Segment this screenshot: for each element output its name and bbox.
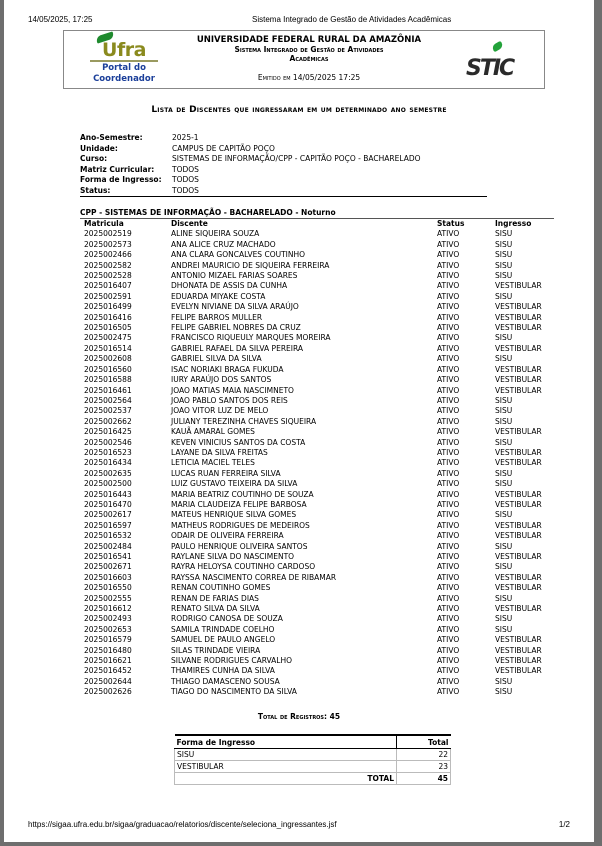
cell-matricula: 2025002626 — [80, 687, 167, 697]
table-row: 2025002591EDUARDA MIYAKE COSTAATIVOSISU — [80, 292, 554, 302]
cell-discente: JULIANY TEREZINHA CHAVES SIQUEIRA — [167, 417, 433, 427]
cell-status: ATIVO — [433, 427, 491, 437]
system-name-1: Sistema Integrado de Gestão de Atividade… — [184, 45, 434, 54]
cell-status: ATIVO — [433, 333, 491, 343]
cell-discente: SILAS TRINDADE VIEIRA — [167, 646, 433, 656]
cell-discente: SAMILA TRINDADE COELHO — [167, 625, 433, 635]
cell-status: ATIVO — [433, 406, 491, 416]
cell-status: ATIVO — [433, 562, 491, 572]
cell-ingresso: SISU — [491, 510, 554, 520]
cell-discente: LUCAS RUAN FERREIRA SILVA — [167, 469, 433, 479]
cell-ingresso: VESTIBULAR — [491, 552, 554, 562]
cell-discente: EDUARDA MIYAKE COSTA — [167, 292, 433, 302]
cell-discente: PAULO HENRIQUE OLIVEIRA SANTOS — [167, 542, 433, 552]
cell-matricula: 2025002591 — [80, 292, 167, 302]
cell-status: ATIVO — [433, 417, 491, 427]
cell-ingresso: VESTIBULAR — [491, 573, 554, 583]
cell-ingresso: VESTIBULAR — [491, 313, 554, 323]
cell-ingresso: VESTIBULAR — [491, 521, 554, 531]
cell-matricula: 2025016588 — [80, 375, 167, 385]
table-row: 2025002528ANTONIO MIZAEL FARIAS SOARESAT… — [80, 271, 554, 281]
column-header-matricula: Matricula — [80, 219, 167, 229]
page-url: https://sigaa.ufra.edu.br/sigaa/graduaca… — [28, 820, 337, 829]
table-row: 2025016579SAMUEL DE PAULO ANGELOATIVOVES… — [80, 635, 554, 645]
cell-discente: LAYANE DA SILVA FREITAS — [167, 448, 433, 458]
cell-ingresso: VESTIBULAR — [491, 365, 554, 375]
cell-ingresso: SISU — [491, 479, 554, 489]
table-row: 2025002626TIAGO DO NASCIMENTO DA SILVAAT… — [80, 687, 554, 697]
issued-date: Emitido em 14/05/2025 17:25 — [184, 73, 434, 82]
cell-status: ATIVO — [433, 583, 491, 593]
cell-ingresso: VESTIBULAR — [491, 458, 554, 468]
table-row: 2025016621SILVANE RODRIGUES CARVALHOATIV… — [80, 656, 554, 666]
cell-ingresso: SISU — [491, 333, 554, 343]
cell-matricula: 2025016603 — [80, 573, 167, 583]
cell-matricula: 2025016579 — [80, 635, 167, 645]
cell-matricula: 2025016452 — [80, 666, 167, 676]
summary-header-forma: Forma de Ingresso — [175, 735, 397, 749]
cell-discente: MARIA BEATRIZ COUTINHO DE SOUZA — [167, 490, 433, 500]
cell-ingresso: VESTIBULAR — [491, 635, 554, 645]
cell-discente: THAMIRES CUNHA DA SILVA — [167, 666, 433, 676]
cell-matricula: 2025016443 — [80, 490, 167, 500]
cell-discente: DHONATA DE ASSIS DA CUNHA — [167, 281, 433, 291]
table-row: 2025016505FELIPE GABRIEL NOBRES DA CRUZA… — [80, 323, 554, 333]
cell-matricula: 2025002500 — [80, 479, 167, 489]
table-row: 2025002617MATEUS HENRIQUE SILVA GOMESATI… — [80, 510, 554, 520]
cell-matricula: 2025002519 — [80, 229, 167, 239]
cell-matricula: 2025002564 — [80, 396, 167, 406]
column-header-discente: Discente — [167, 219, 433, 229]
cell-discente: ANA CLARA GONCALVES COUTINHO — [167, 250, 433, 260]
table-row: 2025016434LETICIA MACIEL TELESATIVOVESTI… — [80, 458, 554, 468]
cell-discente: FELIPE BARROS MULLER — [167, 313, 433, 323]
cell-ingresso: VESTIBULAR — [491, 531, 554, 541]
cell-matricula: 2025002528 — [80, 271, 167, 281]
cell-matricula: 2025016597 — [80, 521, 167, 531]
table-row: 2025002671RAYRA HELOYSA COUTINHO CARDOSO… — [80, 562, 554, 572]
table-row: 2025016588IURY ARAÚJO DOS SANTOSATIVOVES… — [80, 375, 554, 385]
cell-ingresso: VESTIBULAR — [491, 646, 554, 656]
cell-discente: RENATO SILVA DA SILVA — [167, 604, 433, 614]
table-row: 2025002537JOAO VITOR LUZ DE MELOATIVOSIS… — [80, 406, 554, 416]
report-banner: Ufra Portal do Coordenador UNIVERSIDADE … — [63, 30, 545, 89]
cell-ingresso: SISU — [491, 229, 554, 239]
cell-matricula: 2025002617 — [80, 510, 167, 520]
table-row: 2025016452THAMIRES CUNHA DA SILVAATIVOVE… — [80, 666, 554, 676]
cell-status: ATIVO — [433, 229, 491, 239]
table-row: 2025016470MARIA CLAUDEIZA FELIPE BARBOSA… — [80, 500, 554, 510]
cell-ingresso: SISU — [491, 562, 554, 572]
cell-status: ATIVO — [433, 656, 491, 666]
cell-status: ATIVO — [433, 458, 491, 468]
table-row: 2025016550RENAN COUTINHO GOMESATIVOVESTI… — [80, 583, 554, 593]
cell-ingresso: VESTIBULAR — [491, 583, 554, 593]
cell-discente: KEVEN VINICIUS SANTOS DA COSTA — [167, 438, 433, 448]
param-row: Unidade:CAMPUS DE CAPITÃO POÇO — [80, 144, 486, 155]
cell-ingresso: SISU — [491, 271, 554, 281]
param-row: Curso:SISTEMAS DE INFORMAÇÃO/CPP - CAPIT… — [80, 154, 486, 165]
cell-status: ATIVO — [433, 396, 491, 406]
cell-discente: ANTONIO MIZAEL FARIAS SOARES — [167, 271, 433, 281]
summary-row: SISU 22 — [175, 749, 451, 761]
cell-status: ATIVO — [433, 646, 491, 656]
ufra-logo: Ufra Portal do Coordenador — [84, 35, 164, 87]
cell-matricula: 2025016612 — [80, 604, 167, 614]
cell-status: ATIVO — [433, 521, 491, 531]
cell-ingresso: SISU — [491, 396, 554, 406]
cell-status: ATIVO — [433, 479, 491, 489]
cell-status: ATIVO — [433, 365, 491, 375]
cell-ingresso: VESTIBULAR — [491, 344, 554, 354]
cell-discente: ISAC NORIAKI BRAGA FUKUDA — [167, 365, 433, 375]
cell-ingresso: SISU — [491, 438, 554, 448]
cell-matricula: 2025002671 — [80, 562, 167, 572]
cell-matricula: 2025002475 — [80, 333, 167, 343]
cell-discente: ALINE SIQUEIRA SOUZA — [167, 229, 433, 239]
param-row: Matriz Curricular:TODOS — [80, 165, 486, 176]
cell-ingresso: SISU — [491, 406, 554, 416]
cell-ingresso: VESTIBULAR — [491, 375, 554, 385]
cell-matricula: 2025002546 — [80, 438, 167, 448]
cell-status: ATIVO — [433, 240, 491, 250]
cell-ingresso: VESTIBULAR — [491, 386, 554, 396]
cell-discente: JOAO MATIAS MAIA NASCIMNETO — [167, 386, 433, 396]
cell-discente: FRANCISCO RIQUEULY MARQUES MOREIRA — [167, 333, 433, 343]
cell-discente: EVELYN NIVIANE DA SILVA ARAÚJO — [167, 302, 433, 312]
cell-discente: RODRIGO CANOSA DE SOUZA — [167, 614, 433, 624]
summary-table: Forma de Ingresso Total SISU 22 VESTIBUL… — [174, 734, 451, 785]
cell-ingresso: SISU — [491, 292, 554, 302]
cell-matricula: 2025016461 — [80, 386, 167, 396]
cell-discente: SAMUEL DE PAULO ANGELO — [167, 635, 433, 645]
report-page: 14/05/2025, 17:25 Sistema Integrado de G… — [4, 0, 594, 842]
cell-discente: IURY ARAÚJO DOS SANTOS — [167, 375, 433, 385]
cell-matricula: 2025016480 — [80, 646, 167, 656]
cell-status: ATIVO — [433, 635, 491, 645]
print-site-title: Sistema Integrado de Gestão de Atividade… — [252, 15, 451, 24]
page-number: 1/2 — [559, 820, 570, 829]
report-parameters: Ano-Semestre:2025-1 Unidade:CAMPUS DE CA… — [80, 133, 486, 196]
cell-ingresso: SISU — [491, 625, 554, 635]
cell-ingresso: SISU — [491, 250, 554, 260]
cell-matricula: 2025002555 — [80, 594, 167, 604]
param-row: Forma de Ingresso:TODOS — [80, 175, 486, 186]
portal-caption: Portal do Coordenador — [84, 63, 164, 85]
cell-ingresso: VESTIBULAR — [491, 281, 554, 291]
cell-status: ATIVO — [433, 448, 491, 458]
cell-status: ATIVO — [433, 354, 491, 364]
student-list: CPP - SISTEMAS DE INFORMAÇÃO - BACHARELA… — [80, 208, 554, 698]
table-row: 2025016461JOAO MATIAS MAIA NASCIMNETOATI… — [80, 386, 554, 396]
table-row: 2025002608GABRIEL SILVA DA SILVAATIVOSIS… — [80, 354, 554, 364]
cell-ingresso: VESTIBULAR — [491, 427, 554, 437]
table-row: 2025002519ALINE SIQUEIRA SOUZAATIVOSISU — [80, 229, 554, 239]
cell-matricula: 2025016470 — [80, 500, 167, 510]
cell-discente: JOAO PABLO SANTOS DOS REIS — [167, 396, 433, 406]
cell-ingresso: SISU — [491, 677, 554, 687]
cell-ingresso: SISU — [491, 261, 554, 271]
cell-ingresso: SISU — [491, 469, 554, 479]
cell-discente: RAYSSA NASCIMENTO CORREA DE RIBAMAR — [167, 573, 433, 583]
cell-matricula: 2025002466 — [80, 250, 167, 260]
cell-discente: ANDREI MAURICIO DE SIQUEIRA FERREIRA — [167, 261, 433, 271]
summary-row: VESTIBULAR 23 — [175, 761, 451, 773]
table-row: 2025016407DHONATA DE ASSIS DA CUNHAATIVO… — [80, 281, 554, 291]
cell-discente: LETICIA MACIEL TELES — [167, 458, 433, 468]
table-row: 2025016480SILAS TRINDADE VIEIRAATIVOVEST… — [80, 646, 554, 656]
cell-status: ATIVO — [433, 250, 491, 260]
cell-matricula: 2025002608 — [80, 354, 167, 364]
cell-ingresso: VESTIBULAR — [491, 666, 554, 676]
cell-ingresso: SISU — [491, 417, 554, 427]
cell-matricula: 2025002635 — [80, 469, 167, 479]
cell-matricula: 2025016541 — [80, 552, 167, 562]
cell-discente: KAUÃ AMARAL GOMES — [167, 427, 433, 437]
table-row: 2025002582ANDREI MAURICIO DE SIQUEIRA FE… — [80, 261, 554, 271]
cell-status: ATIVO — [433, 677, 491, 687]
table-row: 2025016425KAUÃ AMARAL GOMESATIVOVESTIBUL… — [80, 427, 554, 437]
cell-matricula: 2025016425 — [80, 427, 167, 437]
cell-status: ATIVO — [433, 687, 491, 697]
cell-status: ATIVO — [433, 469, 491, 479]
table-row: 2025016532ODAIR DE OLIVEIRA FERREIRAATIV… — [80, 531, 554, 541]
cell-discente: ODAIR DE OLIVEIRA FERREIRA — [167, 531, 433, 541]
cell-matricula: 2025002484 — [80, 542, 167, 552]
cell-ingresso: SISU — [491, 614, 554, 624]
table-row: 2025016597MATHEUS RODRIGUES DE MEDEIROSA… — [80, 521, 554, 531]
cell-status: ATIVO — [433, 666, 491, 676]
print-datetime: 14/05/2025, 17:25 — [28, 15, 93, 24]
cell-status: ATIVO — [433, 500, 491, 510]
cell-discente: JOAO VITOR LUZ DE MELO — [167, 406, 433, 416]
cell-discente: FELIPE GABRIEL NOBRES DA CRUZ — [167, 323, 433, 333]
cell-discente: LUIZ GUSTAVO TEIXEIRA DA SILVA — [167, 479, 433, 489]
cell-matricula: 2025016523 — [80, 448, 167, 458]
table-row: 2025002475FRANCISCO RIQUEULY MARQUES MOR… — [80, 333, 554, 343]
cell-ingresso: VESTIBULAR — [491, 448, 554, 458]
table-row: 2025002466ANA CLARA GONCALVES COUTINHOAT… — [80, 250, 554, 260]
cell-status: ATIVO — [433, 573, 491, 583]
cell-matricula: 2025002662 — [80, 417, 167, 427]
table-row: 2025016514GABRIEL RAFAEL DA SILVA PEREIR… — [80, 344, 554, 354]
table-row: 2025002500LUIZ GUSTAVO TEIXEIRA DA SILVA… — [80, 479, 554, 489]
cell-matricula: 2025016505 — [80, 323, 167, 333]
cell-status: ATIVO — [433, 438, 491, 448]
table-row: 2025002484PAULO HENRIQUE OLIVEIRA SANTOS… — [80, 542, 554, 552]
cell-matricula: 2025002582 — [80, 261, 167, 271]
cell-discente: MATEUS HENRIQUE SILVA GOMES — [167, 510, 433, 520]
cell-status: ATIVO — [433, 531, 491, 541]
table-row: 2025002573ANA ALICE CRUZ MACHADOATIVOSIS… — [80, 240, 554, 250]
cell-matricula: 2025002644 — [80, 677, 167, 687]
cell-ingresso: SISU — [491, 542, 554, 552]
cell-matricula: 2025002493 — [80, 614, 167, 624]
table-row: 2025016541RAYLANE SILVA DO NASCIMENTOATI… — [80, 552, 554, 562]
cell-ingresso: VESTIBULAR — [491, 604, 554, 614]
cell-ingresso: VESTIBULAR — [491, 302, 554, 312]
table-header-row: Matricula Discente Status Ingresso — [80, 219, 554, 229]
cell-status: ATIVO — [433, 386, 491, 396]
column-header-ingresso: Ingresso — [491, 219, 554, 229]
cell-status: ATIVO — [433, 614, 491, 624]
total-records: Total de Registros: 45 — [4, 712, 594, 721]
cell-status: ATIVO — [433, 490, 491, 500]
cell-ingresso: SISU — [491, 594, 554, 604]
cell-matricula: 2025002537 — [80, 406, 167, 416]
system-name-2: Acadêmicas — [184, 54, 434, 63]
cell-matricula: 2025002573 — [80, 240, 167, 250]
cell-discente: RENAN DE FARIAS DIAS — [167, 594, 433, 604]
report-title: Lista de Discentes que ingressaram em um… — [4, 105, 594, 115]
cell-matricula: 2025016514 — [80, 344, 167, 354]
cell-discente: ANA ALICE CRUZ MACHADO — [167, 240, 433, 250]
table-row: 2025016416FELIPE BARROS MULLERATIVOVESTI… — [80, 313, 554, 323]
cell-ingresso: VESTIBULAR — [491, 323, 554, 333]
student-table: Matricula Discente Status Ingresso 20250… — [80, 219, 554, 698]
column-header-status: Status — [433, 219, 491, 229]
cell-status: ATIVO — [433, 313, 491, 323]
cell-status: ATIVO — [433, 625, 491, 635]
cell-matricula: 2025016434 — [80, 458, 167, 468]
param-row: Ano-Semestre:2025-1 — [80, 133, 486, 144]
cell-status: ATIVO — [433, 510, 491, 520]
cell-matricula: 2025016499 — [80, 302, 167, 312]
table-row: 2025016612RENATO SILVA DA SILVAATIVOVEST… — [80, 604, 554, 614]
table-row: 2025016523LAYANE DA SILVA FREITASATIVOVE… — [80, 448, 554, 458]
table-row: 2025016443MARIA BEATRIZ COUTINHO DE SOUZ… — [80, 490, 554, 500]
cell-ingresso: VESTIBULAR — [491, 500, 554, 510]
table-row: 2025002564JOAO PABLO SANTOS DOS REISATIV… — [80, 396, 554, 406]
cell-discente: RAYLANE SILVA DO NASCIMENTO — [167, 552, 433, 562]
stic-logo-text: STIC — [466, 56, 513, 81]
university-name: UNIVERSIDADE FEDERAL RURAL DA AMAZÔNIA — [184, 35, 434, 45]
cell-discente: GABRIEL SILVA DA SILVA — [167, 354, 433, 364]
cell-matricula: 2025016560 — [80, 365, 167, 375]
cell-ingresso: SISU — [491, 354, 554, 364]
cell-discente: THIAGO DAMASCENO SOUSA — [167, 677, 433, 687]
table-row: 2025002635LUCAS RUAN FERREIRA SILVAATIVO… — [80, 469, 554, 479]
cell-ingresso: SISU — [491, 240, 554, 250]
ufra-logo-text: Ufra — [102, 39, 146, 61]
cell-matricula: 2025016407 — [80, 281, 167, 291]
cell-discente: RENAN COUTINHO GOMES — [167, 583, 433, 593]
table-row: 2025002493RODRIGO CANOSA DE SOUZAATIVOSI… — [80, 614, 554, 624]
cell-discente: GABRIEL RAFAEL DA SILVA PEREIRA — [167, 344, 433, 354]
cell-status: ATIVO — [433, 552, 491, 562]
cell-matricula: 2025002653 — [80, 625, 167, 635]
stic-logo: STIC — [466, 41, 516, 81]
cell-status: ATIVO — [433, 302, 491, 312]
table-row: 2025016560ISAC NORIAKI BRAGA FUKUDAATIVO… — [80, 365, 554, 375]
summary-total-row: TOTAL 45 — [175, 773, 451, 785]
table-row: 2025002644THIAGO DAMASCENO SOUSAATIVOSIS… — [80, 677, 554, 687]
cell-status: ATIVO — [433, 344, 491, 354]
table-row: 2025002555RENAN DE FARIAS DIASATIVOSISU — [80, 594, 554, 604]
banner-text: UNIVERSIDADE FEDERAL RURAL DA AMAZÔNIA S… — [184, 35, 434, 82]
cell-matricula: 2025016621 — [80, 656, 167, 666]
group-title: CPP - SISTEMAS DE INFORMAÇÃO - BACHARELA… — [80, 208, 554, 219]
cell-matricula: 2025016416 — [80, 313, 167, 323]
cell-discente: MARIA CLAUDEIZA FELIPE BARBOSA — [167, 500, 433, 510]
cell-ingresso: VESTIBULAR — [491, 656, 554, 666]
cell-matricula: 2025016532 — [80, 531, 167, 541]
cell-status: ATIVO — [433, 375, 491, 385]
cell-discente: RAYRA HELOYSA COUTINHO CARDOSO — [167, 562, 433, 572]
cell-status: ATIVO — [433, 261, 491, 271]
cell-ingresso: VESTIBULAR — [491, 490, 554, 500]
table-row: 2025002662JULIANY TEREZINHA CHAVES SIQUE… — [80, 417, 554, 427]
table-row: 2025016603RAYSSA NASCIMENTO CORREA DE RI… — [80, 573, 554, 583]
summary-header-total: Total — [397, 735, 451, 749]
divider — [80, 196, 487, 197]
cell-discente: MATHEUS RODRIGUES DE MEDEIROS — [167, 521, 433, 531]
cell-status: ATIVO — [433, 323, 491, 333]
cell-status: ATIVO — [433, 281, 491, 291]
leaf-icon — [491, 41, 504, 53]
cell-status: ATIVO — [433, 604, 491, 614]
table-row: 2025016499EVELYN NIVIANE DA SILVA ARAÚJO… — [80, 302, 554, 312]
table-row: 2025002653SAMILA TRINDADE COELHOATIVOSIS… — [80, 625, 554, 635]
param-row: Status:TODOS — [80, 186, 486, 197]
cell-status: ATIVO — [433, 542, 491, 552]
cell-matricula: 2025016550 — [80, 583, 167, 593]
cell-discente: SILVANE RODRIGUES CARVALHO — [167, 656, 433, 666]
cell-status: ATIVO — [433, 271, 491, 281]
cell-ingresso: SISU — [491, 687, 554, 697]
cell-status: ATIVO — [433, 594, 491, 604]
table-row: 2025002546KEVEN VINICIUS SANTOS DA COSTA… — [80, 438, 554, 448]
summary-header-row: Forma de Ingresso Total — [175, 735, 451, 749]
cell-status: ATIVO — [433, 292, 491, 302]
cell-discente: TIAGO DO NASCIMENTO DA SILVA — [167, 687, 433, 697]
